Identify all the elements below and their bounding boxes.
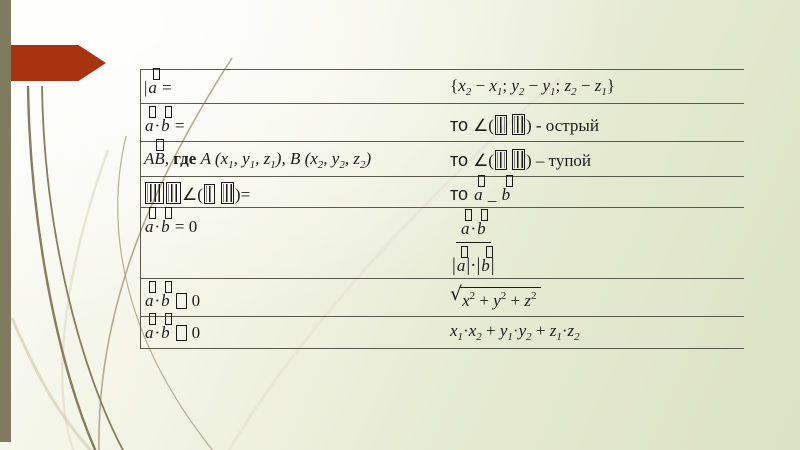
slide: |a ={x2 − x1; y2 − y1; z2 − z1}a·b =то ∠… bbox=[0, 0, 800, 450]
math-text: _ bbox=[484, 185, 501, 204]
label-text: то bbox=[450, 115, 473, 135]
formula-cell-left: |a = bbox=[141, 78, 447, 103]
formula-cell-left: a·b0 bbox=[141, 291, 447, 316]
math-variable: x bbox=[450, 321, 458, 340]
formula-cell-right: то a _ b bbox=[447, 184, 744, 207]
table-row: |a ={x2 − x1; y2 − y1; z2 − z1} bbox=[141, 69, 744, 103]
math-text: { bbox=[450, 76, 458, 95]
vector-arrow-box bbox=[165, 313, 172, 325]
math-text: | bbox=[491, 255, 495, 276]
math-variable: , z bbox=[345, 149, 360, 168]
missing-glyph-box bbox=[176, 325, 187, 341]
radical-sign: √ bbox=[450, 285, 462, 304]
math-variable: x bbox=[310, 149, 318, 168]
fraction: a·b|a|·|b| bbox=[450, 219, 497, 277]
formula-cell-left: a·b0 bbox=[141, 323, 447, 348]
vector-letter: AB bbox=[144, 149, 165, 169]
math-text: } bbox=[607, 76, 615, 95]
math-text: · bbox=[155, 116, 161, 135]
formula-cell-right: то ∠() – тупой bbox=[447, 149, 744, 176]
vector-arrow-box bbox=[153, 68, 160, 80]
math-variable: ) bbox=[365, 149, 371, 168]
math-text: − bbox=[471, 76, 489, 95]
left-accent-bar bbox=[0, 0, 11, 442]
math-variable: x bbox=[462, 291, 470, 310]
math-text: ∠( bbox=[473, 151, 494, 170]
math-text: − bbox=[577, 76, 595, 95]
vector-letter: a bbox=[148, 78, 157, 98]
math-text: ; bbox=[556, 76, 565, 95]
missing-glyph-box bbox=[512, 149, 525, 170]
math-text: | bbox=[144, 78, 147, 97]
math-text: = bbox=[158, 78, 172, 97]
formula-cell-right: x1·x2 + y1·y2 + z1·z2 bbox=[447, 321, 744, 348]
missing-glyph-box bbox=[495, 115, 507, 135]
math-text: ∠( bbox=[182, 185, 203, 204]
math-variable: , y bbox=[234, 149, 250, 168]
vector-arrow-box bbox=[156, 139, 164, 151]
math-text: где bbox=[173, 149, 200, 168]
math-text: ) – тупой bbox=[526, 151, 591, 170]
table-row: a·b0x1·x2 + y1·y2 + z1·z2 bbox=[141, 316, 744, 348]
vector-arrow-box bbox=[506, 175, 513, 187]
radicand: x2 + y2 + z2 bbox=[460, 287, 540, 311]
formula-cell-right: то ∠() - острый bbox=[447, 114, 744, 141]
vector-letter: a bbox=[457, 256, 466, 276]
vector-letter: b bbox=[481, 256, 490, 276]
subscript: 2 bbox=[574, 331, 580, 343]
vector-letter: b bbox=[477, 219, 486, 239]
vector-arrow-box bbox=[149, 207, 156, 219]
missing-glyph-box bbox=[176, 293, 187, 309]
math-variable: y bbox=[519, 321, 527, 340]
vector-arrow-box bbox=[149, 106, 156, 118]
vector-arrow-box bbox=[165, 207, 172, 219]
formula-cell-left: ∠()= bbox=[141, 182, 447, 207]
math-text: 0 bbox=[192, 323, 201, 342]
math-text: ; bbox=[502, 76, 511, 95]
math-variable: , y bbox=[323, 149, 339, 168]
math-variable: A ( bbox=[201, 149, 221, 168]
vector-letter: a bbox=[474, 185, 483, 205]
math-variable: y bbox=[542, 76, 550, 95]
math-variable: x bbox=[489, 76, 497, 95]
missing-glyph-box bbox=[145, 182, 164, 204]
math-text: = bbox=[171, 116, 185, 135]
vector-letter: a bbox=[145, 217, 154, 237]
math-text: · bbox=[155, 217, 161, 236]
vector-letter: b bbox=[161, 323, 170, 343]
vector-arrow-box bbox=[478, 175, 485, 187]
vector-letter: a bbox=[145, 116, 154, 136]
math-text: · bbox=[470, 219, 476, 238]
math-text: ∠( bbox=[473, 116, 494, 135]
math-variable: ), B ( bbox=[276, 149, 310, 168]
vector-letter: b bbox=[502, 185, 511, 205]
table-row: AB, где A (x1, y1, z1), B (x2, y2, z2)то… bbox=[141, 141, 744, 176]
vector-letter: b bbox=[161, 116, 170, 136]
vector-letter: b bbox=[161, 217, 170, 237]
math-text: + bbox=[506, 291, 524, 310]
math-text: = 0 bbox=[171, 217, 198, 236]
math-variable: y bbox=[511, 76, 519, 95]
formula-table: |a ={x2 − x1; y2 − y1; z2 − z1}a·b =то ∠… bbox=[140, 69, 744, 349]
math-text: | bbox=[452, 255, 456, 276]
vector-arrow-box bbox=[165, 281, 172, 293]
table-row: ∠()=то a _ b bbox=[141, 176, 744, 207]
vector-arrow-box bbox=[461, 246, 468, 258]
math-text: ) - острый bbox=[526, 116, 599, 135]
math-text: + bbox=[475, 291, 493, 310]
math-variable: x bbox=[221, 149, 229, 168]
math-text: · bbox=[155, 291, 161, 310]
denominator: |a|·|b| bbox=[450, 243, 497, 277]
formula-cell-right: √x2 + y2 + z2 bbox=[447, 287, 744, 316]
vector-arrow-box bbox=[465, 209, 472, 221]
math-text: − bbox=[524, 76, 542, 95]
vector-letter: a bbox=[145, 291, 154, 311]
math-variable: y bbox=[493, 291, 501, 310]
missing-glyph-box bbox=[221, 182, 234, 204]
vector-letter: a bbox=[461, 219, 470, 239]
missing-glyph-box bbox=[166, 182, 181, 204]
formula-cell-left: a·b = bbox=[141, 116, 447, 141]
vector-arrow-box bbox=[149, 281, 156, 293]
vector-arrow-box bbox=[486, 246, 493, 258]
table-row: a·b =то ∠() - острый bbox=[141, 103, 744, 141]
missing-glyph-box bbox=[512, 114, 525, 135]
formula-cell-left: a·b = 0 bbox=[141, 208, 447, 242]
formula-cell-right: a·b|a|·|b| bbox=[447, 209, 744, 277]
formula-cell-left: AB, где A (x1, y1, z1), B (x2, y2, z2) bbox=[141, 149, 447, 176]
math-text: , bbox=[165, 149, 174, 168]
math-text: )= bbox=[235, 185, 250, 204]
numerator: a·b bbox=[456, 219, 491, 243]
formula-cell-right: {x2 − x1; y2 − y1; z2 − z1} bbox=[447, 76, 744, 103]
arrow-ribbon bbox=[11, 45, 106, 81]
label-text: то bbox=[450, 184, 473, 204]
math-variable: , z bbox=[255, 149, 270, 168]
vector-arrow-box bbox=[149, 313, 156, 325]
missing-glyph-box bbox=[495, 150, 507, 170]
square-root: √x2 + y2 + z2 bbox=[450, 287, 541, 311]
vector-letter: b bbox=[161, 291, 170, 311]
math-text: + bbox=[482, 321, 500, 340]
table-row: a·b0√x2 + y2 + z2 bbox=[141, 278, 744, 316]
math-variable: x bbox=[458, 76, 466, 95]
table-row: a·b = 0a·b|a|·|b| bbox=[141, 207, 744, 278]
vector-letter: a bbox=[145, 323, 154, 343]
missing-glyph-box bbox=[204, 184, 215, 204]
math-text: + bbox=[532, 321, 550, 340]
label-text: то bbox=[450, 150, 473, 170]
math-text: 0 bbox=[192, 291, 201, 310]
superscript: 2 bbox=[531, 290, 537, 302]
vector-arrow-box bbox=[165, 106, 172, 118]
math-text: |·| bbox=[466, 255, 480, 276]
math-text: · bbox=[155, 323, 161, 342]
vector-arrow-box bbox=[481, 209, 488, 221]
